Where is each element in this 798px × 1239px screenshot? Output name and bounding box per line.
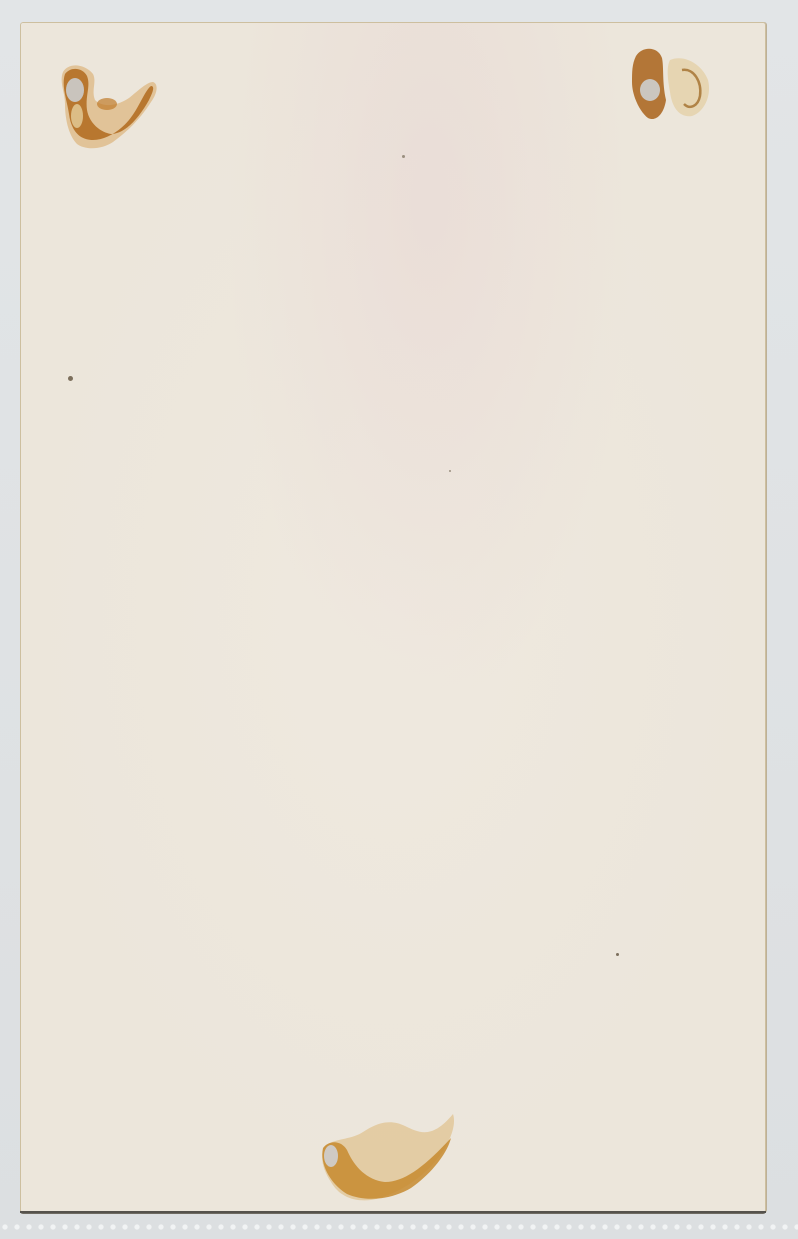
card-bottom-edge — [20, 1211, 766, 1213]
speck — [402, 155, 405, 158]
rust-stain-top-left — [55, 60, 165, 155]
sleeve-edge — [0, 1222, 798, 1232]
rust-stain-bottom-center — [315, 1108, 465, 1208]
speck — [616, 953, 619, 956]
speck — [449, 470, 451, 472]
rust-stain-top-right — [626, 42, 716, 130]
speck — [68, 376, 73, 381]
photo-card-back — [20, 22, 766, 1213]
